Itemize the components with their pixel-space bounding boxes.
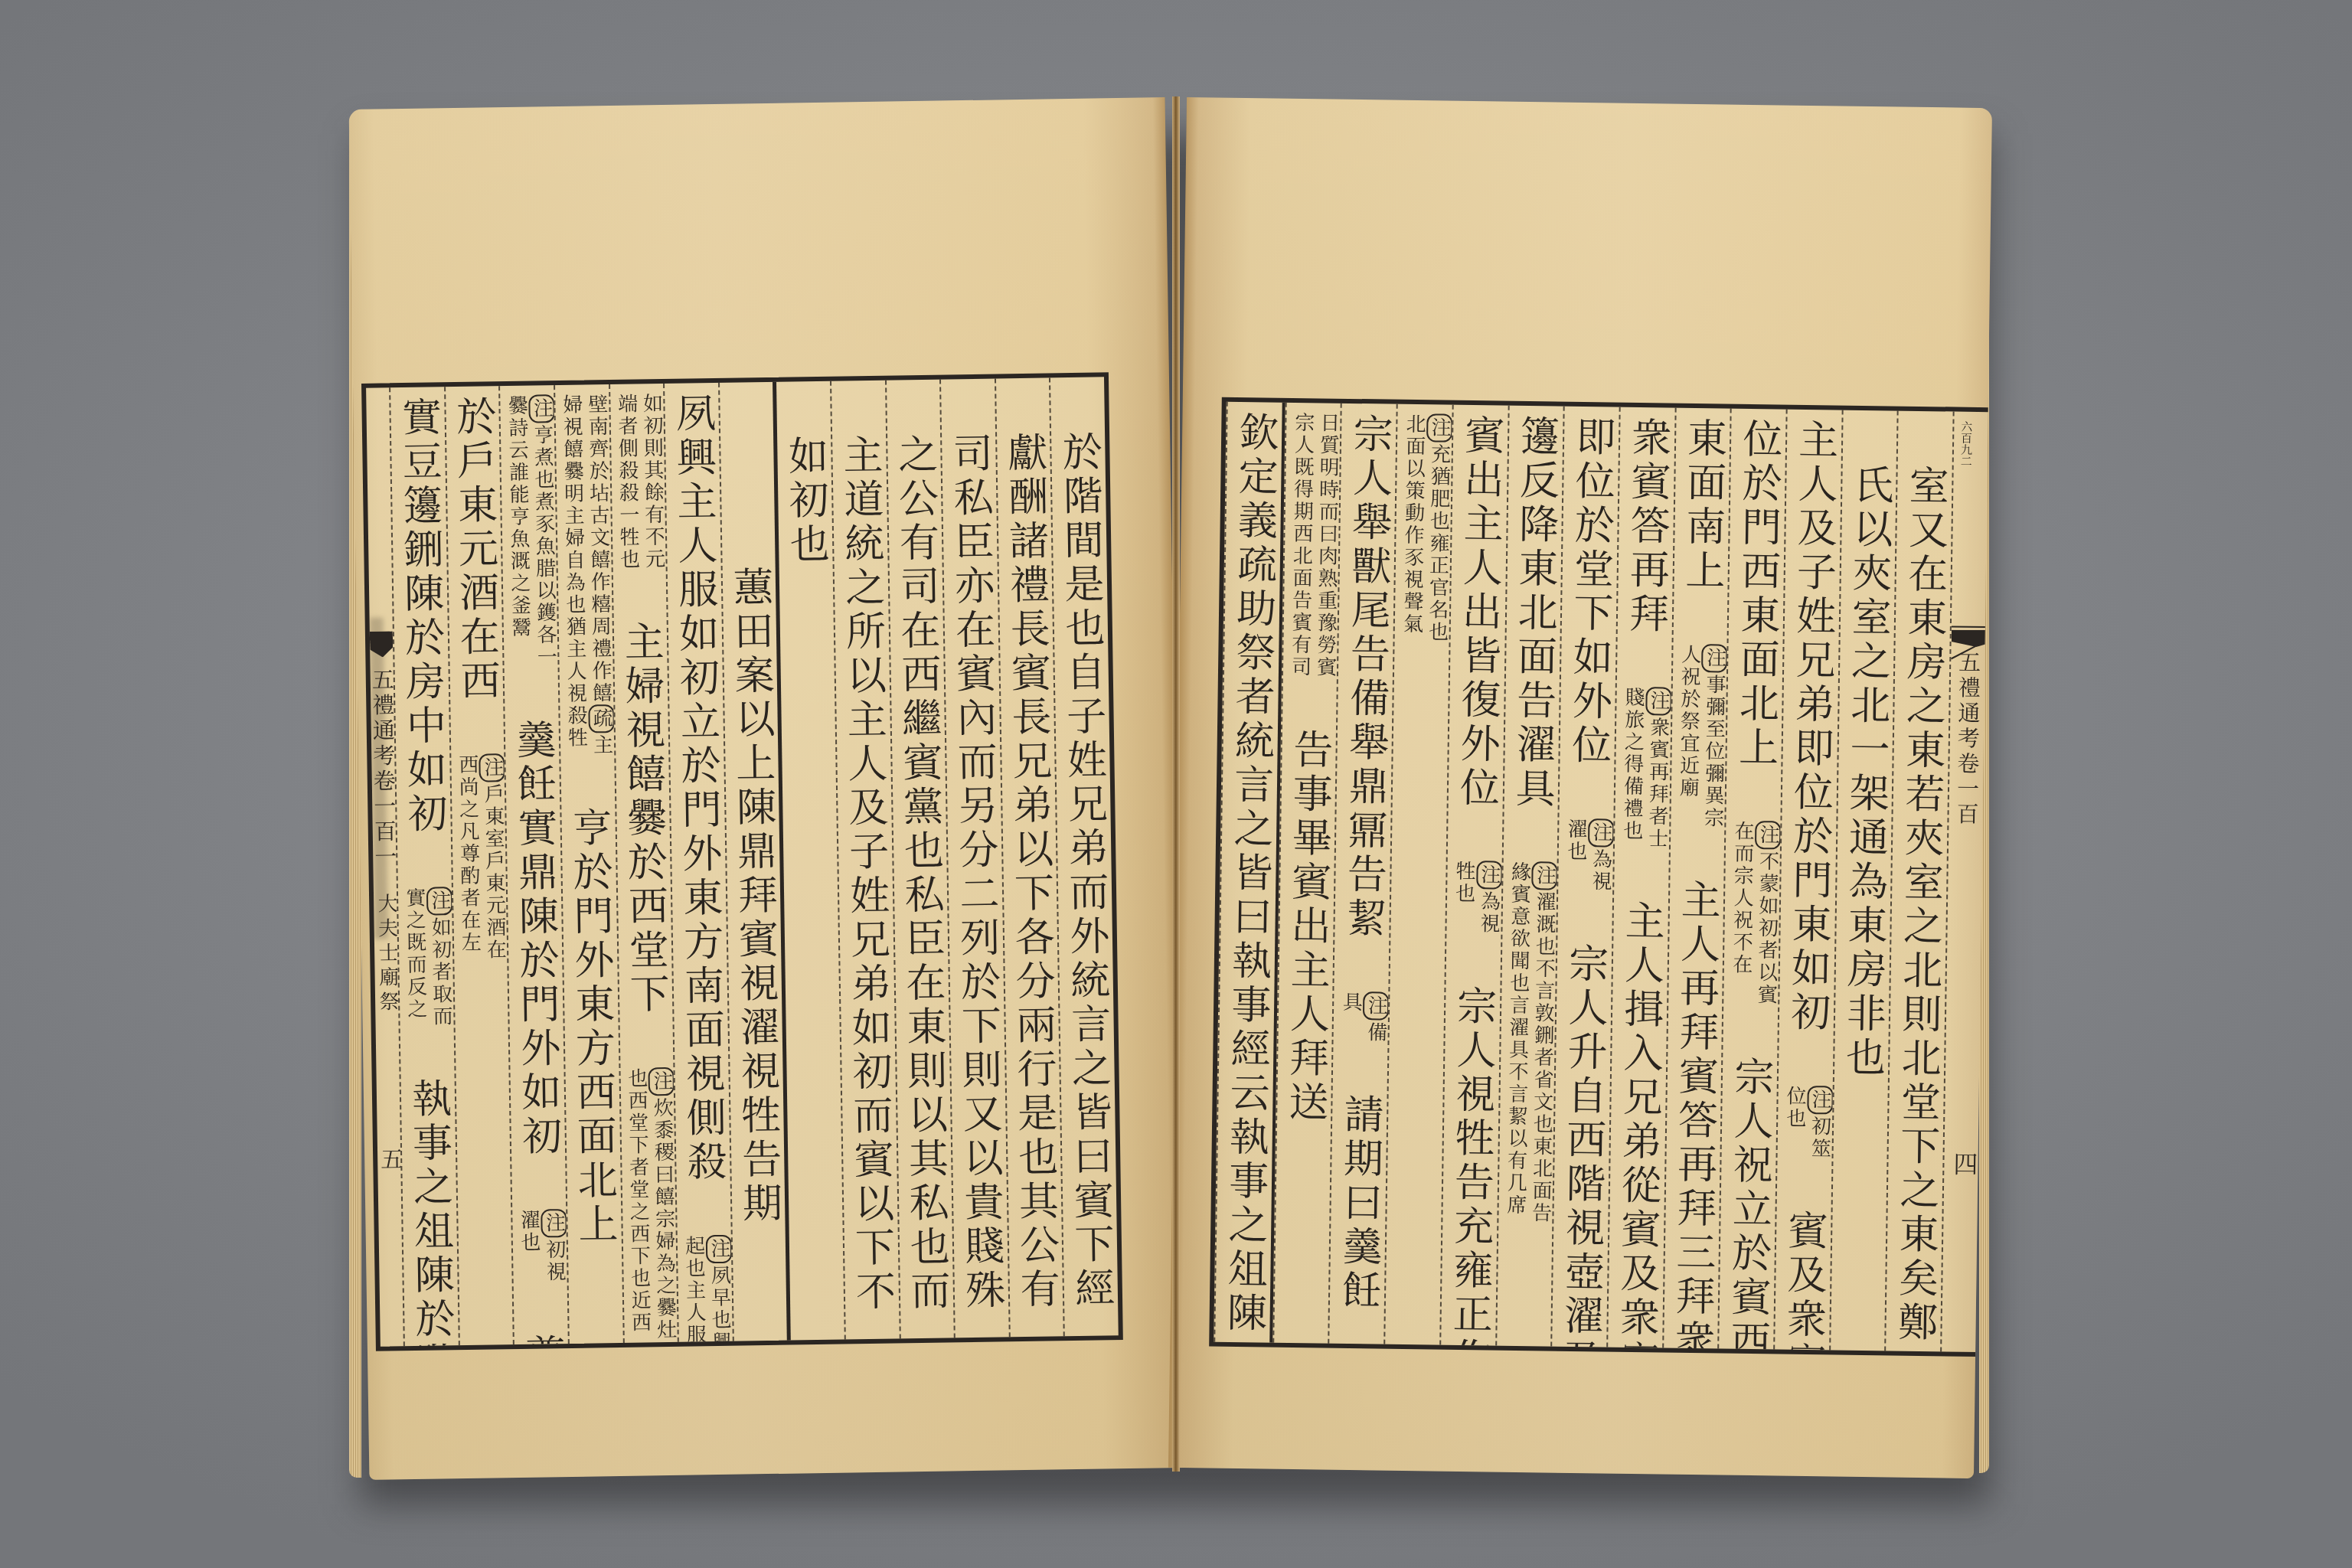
main-text: 宗人升自西階視壺濯及豆 (1556, 942, 1608, 1347)
print-frame: 五禮通考卷一百一 大夫士廟祭 五 於階間是也自子姓兄弟而外統言之皆曰賓下經 獻酬… (361, 372, 1123, 1351)
commentary-note: 日質明時而曰肉熟重豫勞賓宗人既得期西北面告賓有司 (1286, 412, 1341, 679)
note-text: 濯溉也不言敦鉶者省文也東北面告 (1529, 891, 1557, 1224)
note-left-line: 濯也 (515, 1210, 541, 1284)
note-text: 初視 (543, 1239, 567, 1283)
note-left-line: 在而宗人祝不在 (1727, 820, 1755, 1005)
note-left-line: 位也 (1781, 1085, 1807, 1159)
note-left-line: 也西堂下者堂之西下也近西 (623, 1067, 652, 1341)
main-text: 宗人祝立於賓西北 (1723, 1056, 1773, 1350)
note-text: 如初者取而 (428, 916, 452, 1027)
main-text: 位於門西東面北上 (1731, 418, 1782, 771)
subcommentary-marker: 疏 (588, 704, 615, 733)
note-left-line: 端者側殺殺一牲也 (612, 393, 640, 570)
text-columns: 室又在東房之東若夾室之北則北堂下之東矣鄭 氏以夾室之北一架通為東房非也 主人及子… (1214, 402, 1952, 1352)
main-text: 尊 (518, 1334, 565, 1344)
note-text: 主 (590, 734, 612, 756)
note-text: 為視 (1477, 890, 1501, 935)
book-title: 五禮通考卷一百 (1955, 651, 1980, 828)
commentary-marker: 注 (1807, 1086, 1833, 1114)
note-text: 事彌至位彌異宗 (1701, 674, 1726, 829)
right-page: 室又在東房之東若夾室之北則北堂下之東矣鄭 氏以夾室之北一架通為東房非也 主人及子… (1168, 97, 1992, 1478)
note-text: 亨煮也煮豕魚腊以鑊各一 (531, 424, 557, 668)
main-text: 主人揖入兄弟從賓及衆賓從 (1611, 900, 1664, 1347)
main-text: 之公有司在西繼賓黨也私臣在東則以其私也而 (890, 433, 949, 1315)
main-text: 主婦視饎爨於西堂下 (617, 621, 669, 1018)
note-left-line: 實之既而反之 (401, 887, 429, 1027)
main-text: 告事畢賓出主人拜送 (1281, 728, 1332, 1125)
note-left-line: 牲也 (1450, 861, 1476, 935)
main-text: 執事之俎陳於階 (404, 1077, 455, 1346)
commentary-marker: 注 (1645, 687, 1671, 715)
note-left-line: 西尚之凡尊酌者在左 (454, 754, 482, 962)
note-left-line: 人祝於祭宜近廟 (1674, 643, 1702, 828)
commentary-note: 如初則其餘有不元端者側殺殺一牲也 (612, 393, 665, 571)
commentary-note: 注充猶肥也雍正官名也北面以策動作豕視聲氣 (1398, 413, 1452, 644)
main-text: 東面南上 (1678, 417, 1726, 594)
left-page: 五禮通考卷一百一 大夫士廟祭 五 於階間是也自子姓兄弟而外統言之皆曰賓下經 獻酬… (349, 97, 1186, 1480)
note-right-line: 注初筮 (1806, 1086, 1832, 1160)
character-count: 六百九二 (1960, 421, 1973, 467)
commentary-marker: 注 (1476, 861, 1502, 889)
note-right-line: 如初則其餘有不元 (638, 393, 665, 570)
leaf-number: 四 (1952, 1151, 1976, 1176)
main-text: 請期曰羹飪 (1334, 1093, 1383, 1314)
print-frame: 室又在東房之東若夾室之北則北堂下之東矣鄭 氏以夾室之北一架通為東房非也 主人及子… (1209, 397, 1992, 1357)
commentary-note: 注戶東室戶東元酒在西尚之凡尊酌者在左 (454, 753, 508, 962)
commentary-marker: 注 (1701, 644, 1727, 672)
note-text: 戶東室戶東元酒在 (481, 783, 506, 961)
main-text: 亨於門外東方西面北上 (565, 807, 618, 1248)
note-right-line: 注不蒙如初者以賓 (1753, 821, 1780, 1006)
note-right-line: 注戶東室戶東元酒在 (479, 753, 508, 961)
note-right-line: 注夙早也興 (705, 1234, 732, 1342)
commentary-marker: 注 (426, 887, 453, 916)
commentary-note: 注濯溉也不言敦鉶者省文也東北面告緣賓意欲聞也言濯具不言絜以有几席 (1502, 861, 1557, 1225)
main-text: 如初也 (781, 435, 829, 567)
main-text: 實豆籩鉶陳於房中如初 (394, 396, 447, 837)
main-text: 籩反降東北面告濯具 (1508, 415, 1560, 812)
main-text: 主人再拜賓答再拜三拜衆賓 (1667, 879, 1720, 1349)
main-text: 夙興主人服如初立於門外東方南面視側殺 (668, 392, 727, 1185)
note-left-line: 賤旅之得備禮也 (1618, 687, 1645, 850)
commentary-marker: 注 (1588, 818, 1614, 847)
note-text: 夙早也興 (707, 1264, 732, 1342)
commentary-marker: 注 (541, 1209, 567, 1238)
main-text: 於戶東元酒在西 (449, 395, 500, 704)
note-right-line: 注炊黍稷曰饎宗婦為之爨灶 (648, 1067, 678, 1341)
note-right-line: 日質明時而曰肉熟重豫勞賓 (1312, 412, 1341, 678)
note-right-line: 注為視 (1587, 818, 1613, 893)
commentary-note: 注不蒙如初者以賓在而宗人祝不在 (1727, 820, 1780, 1006)
commentary-marker: 注 (479, 753, 506, 782)
commentary-note: 注亨煮也煮豕魚腊以鑊各一爨詩云誰能亨魚溉之釜鬵 (503, 394, 557, 669)
commentary-note: 注為視濯也 (1562, 818, 1613, 893)
commentary-note: 注炊黍稷曰饎宗婦為之爨灶也西堂下者堂之西下也近西 (623, 1067, 678, 1341)
note-right-line: 注事彌至位彌異宗 (1700, 644, 1727, 829)
commentary-note: 注為視牲也 (1450, 861, 1501, 936)
main-text: 主人及子姓兄弟即位於門東如初 (1783, 419, 1837, 1036)
note-right-line: 注充猶肥也雍正官名也 (1423, 413, 1452, 643)
note-right-line: 注衆賓再拜者士 (1643, 687, 1671, 850)
main-text: 羹飪實鼎陳於門外如初 (509, 719, 562, 1160)
note-text: 為視 (1589, 848, 1612, 893)
note-left-line: 爨詩云誰能亨魚溉之釜鬵 (503, 395, 532, 669)
main-text: 賓出主人出皆復外位 (1452, 414, 1504, 811)
commentary-note: 注夙早也興起也主人服 (680, 1234, 732, 1342)
main-text: 氏以夾室之北一架通為東房非也 (1838, 464, 1893, 1081)
leaf-number: 五 (377, 1147, 400, 1170)
note-right-line: 注亨煮也煮豕魚腊以鑊各一 (528, 394, 557, 668)
main-text: 即位於堂下如外位 (1564, 416, 1615, 769)
commentary-marker: 注 (1426, 413, 1452, 442)
commentary-marker: 注 (528, 394, 555, 423)
commentary-note: 注初筮位也 (1781, 1085, 1832, 1160)
commentary-marker: 注 (705, 1234, 732, 1263)
note-left-line: 北面以策動作豕視聲氣 (1398, 413, 1426, 643)
note-left-line: 緣賓意欲聞也言濯具不言絜以有几席 (1502, 861, 1532, 1224)
note-right-line: 注備 (1363, 991, 1389, 1044)
main-text: 衆賓答再拜 (1622, 416, 1671, 637)
main-text: 於階間是也自子姓兄弟而外統言之皆曰賓下經 (1055, 430, 1114, 1312)
main-text: 賓及衆賓即 (1778, 1210, 1827, 1351)
note-left-line: 具 (1338, 991, 1364, 1043)
note-right-line: 注為視 (1475, 861, 1501, 935)
note-text: 衆賓再拜者士 (1645, 717, 1669, 850)
note-text: 炊黍稷曰饎宗婦為之爨灶 (650, 1096, 677, 1341)
main-text: 宗人舉獸尾告備舉鼎鼏告絜 (1339, 413, 1392, 942)
note-right-line: 注如初者取而 (426, 887, 454, 1027)
main-text: 主道統之所以主人及子姓兄弟如初而賓以下不 (836, 434, 895, 1315)
book-spine (1172, 96, 1180, 1472)
note-text: 備 (1364, 1021, 1387, 1044)
commentary-marker: 注 (1755, 821, 1781, 849)
note-text: 充猶肥也雍正官名也 (1425, 443, 1451, 643)
text-columns: 於階間是也自子姓兄弟而外統言之皆曰賓下經 獻酬諸禮長賓長兄弟以下各分兩行是也其公… (389, 377, 1119, 1346)
subcommentary-heading-text: 欽定義疏助祭者統言之皆曰執事經云執事之俎陳 (1220, 411, 1278, 1336)
main-text: 司私臣亦在賓內而另分二列於下則又以貴賤殊 (946, 433, 1004, 1314)
commentary-note: 注備具 (1338, 991, 1389, 1044)
note-left-line: 濯也 (1562, 818, 1588, 892)
note-text: 不蒙如初者以賓 (1754, 851, 1779, 1006)
note-left-line: 起也主人服 (680, 1235, 707, 1342)
commentary-note: 注如初者取而實之既而反之 (401, 887, 454, 1028)
note-right-line: 注初視 (541, 1209, 567, 1283)
editor-remark: 蕙田案以上陳鼎拜賓視濯視牲告期 (726, 566, 782, 1227)
commentary-marker: 注 (648, 1067, 675, 1096)
commentary-marker: 注 (1363, 991, 1389, 1020)
commentary-note: 注衆賓再拜者士賤旅之得備禮也 (1618, 687, 1671, 851)
commentary-note: 注事彌至位彌異宗人祝於祭宜近廟 (1674, 643, 1727, 829)
commentary-note: 注初視濯也 (515, 1209, 567, 1284)
note-text: 初筮 (1808, 1116, 1831, 1160)
section-title: 大夫士廟祭 (375, 893, 398, 1015)
commentary-marker: 注 (1531, 861, 1557, 890)
note-text: 壁南齊於坫古文饎作糦周禮作饎 (585, 394, 612, 704)
book-title: 五禮通考卷一百一 (371, 668, 397, 870)
main-text: 獻酬諸禮長賓長兄弟以下各分兩行是也其公有 (1000, 431, 1059, 1312)
main-text: 室又在東房之東若夾室之北則北堂下之東矣鄭 (1890, 465, 1948, 1346)
note-left-line: 宗人既得期西北面告賓有司 (1286, 412, 1315, 678)
main-text: 宗人視牲告充雍正作豕 (1444, 985, 1496, 1345)
commentary-note: 壁南齊於坫古文饎作糦周禮作饎疏主婦視饎爨明主婦自為也猶主人視殺牲 (558, 394, 614, 757)
